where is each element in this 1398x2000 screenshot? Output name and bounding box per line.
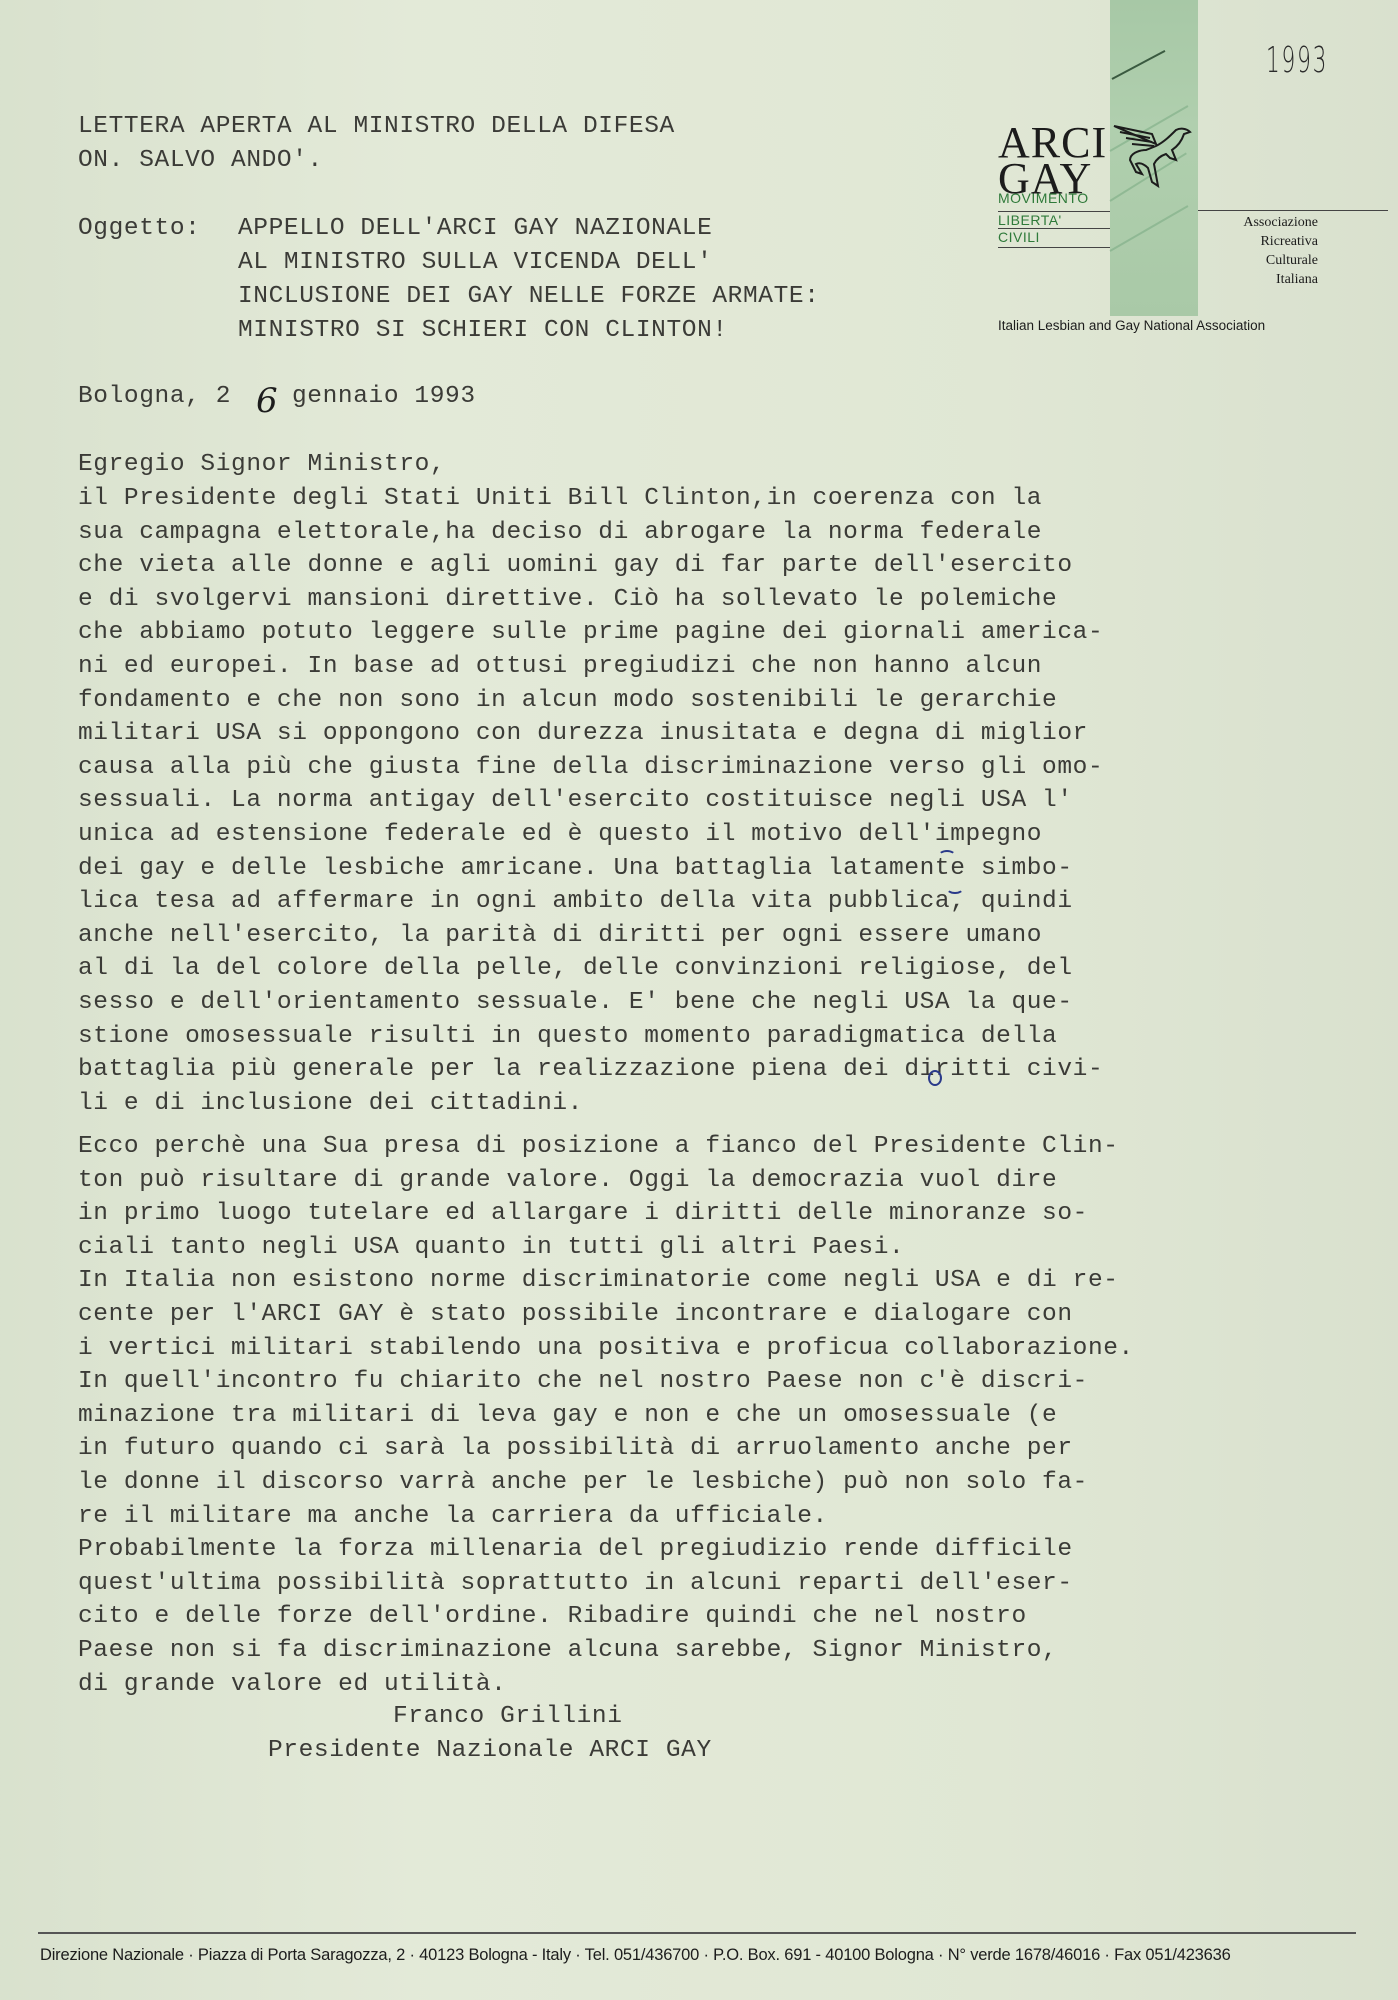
letter-line: ni ed europei. In base ad ottusi pregiud…: [78, 652, 1042, 682]
subject-line: INCLUSIONE DEI GAY NELLE FORZE ARMATE:: [238, 282, 820, 312]
letter-line: in primo luogo tutelare ed allargare i d…: [78, 1199, 1088, 1229]
letter-line: minazione tra militari di leva gay e non…: [78, 1401, 1057, 1431]
pegasus-logo-icon: [1112, 124, 1192, 192]
letter-line: che abbiamo potuto leggere sulle prime p…: [78, 618, 1103, 648]
letter-line: ton può risultare di grande valore. Oggi…: [78, 1166, 1057, 1196]
letter-line: il Presidente degli Stati Uniti Bill Cli…: [78, 484, 1042, 514]
letterhead-rule-right: [1198, 210, 1388, 211]
logo-rule: [998, 247, 1110, 248]
logo-sub-movimento: MOVIMENTO: [998, 190, 1089, 206]
letter-line: cito e delle forze dell'ordine. Ribadire…: [78, 1602, 1027, 1632]
association-line: Associazione: [1243, 213, 1318, 232]
letter-heading-line: ON. SALVO ANDO'.: [78, 146, 323, 176]
letter-line: Ecco perchè una Sua presa di posizione a…: [78, 1132, 1119, 1162]
letter-line: sesso e dell'orientamento sessuale. E' b…: [78, 988, 1073, 1018]
letter-line: di grande valore ed utilità.: [78, 1670, 506, 1700]
pen-correction-mark: [946, 882, 964, 894]
association-line: Culturale: [1243, 251, 1318, 270]
letter-line: sua campagna elettorale,ha deciso di abr…: [78, 518, 1042, 548]
subject-line: MINISTRO SI SCHIERI CON CLINTON!: [238, 316, 728, 346]
letter-line: i vertici militari stabilendo una positi…: [78, 1334, 1134, 1364]
date-suffix: gennaio 1993: [292, 382, 476, 412]
logo-sub-civili: CIVILI: [998, 229, 1040, 245]
letter-line: militari USA si oppongono con durezza in…: [78, 719, 1088, 749]
letter-line: Paese non si fa discriminazione alcuna s…: [78, 1636, 1057, 1666]
subject-line: APPELLO DELL'ARCI GAY NAZIONALE: [238, 214, 712, 244]
association-line: Ricreativa: [1243, 232, 1318, 251]
letter-line: lica tesa ad affermare in ogni ambito de…: [78, 887, 1073, 917]
letter-line: li e di inclusione dei cittadini.: [78, 1089, 583, 1119]
letter-line: causa alla più che giusta fine della dis…: [78, 753, 1103, 783]
letter-line: unica ad estensione federale ed è questo…: [78, 820, 1042, 850]
letter-line: e di svolgervi mansioni direttive. Ciò h…: [78, 585, 1057, 615]
pen-correction-mark: [928, 1070, 942, 1086]
footer-address: Direzione Nazionale · Piazza di Porta Sa…: [40, 1946, 1231, 1965]
letter-line: battaglia più generale per la realizzazi…: [78, 1055, 1103, 1085]
signature-title: Presidente Nazionale ARCI GAY: [268, 1736, 712, 1766]
signature-name: Franco Grillini: [393, 1702, 623, 1732]
logo-sub-liberta: LIBERTA': [998, 212, 1062, 228]
subject-line: AL MINISTRO SULLA VICENDA DELL': [238, 248, 712, 278]
subject-label: Oggetto:: [78, 214, 200, 244]
letter-line: in futuro quando ci sarà la possibilità …: [78, 1434, 1073, 1464]
letter-line: stione omosessuale risulti in questo mom…: [78, 1022, 1057, 1052]
letter-line: Probabilmente la forza millenaria del pr…: [78, 1535, 1073, 1565]
letter-line: anche nell'esercito, la parità di diritt…: [78, 921, 1042, 951]
letter-heading-line: LETTERA APERTA AL MINISTRO DELLA DIFESA: [78, 112, 675, 142]
handwritten-year: 1993: [1266, 40, 1328, 81]
footer-divider: [38, 1932, 1356, 1934]
letter-line: le donne il discorso varrà anche per le …: [78, 1468, 1088, 1498]
logo-wordmark: ARCI GAY: [998, 125, 1107, 197]
date-prefix: Bologna, 2: [78, 382, 231, 412]
letter-line: quest'ultima possibilità soprattutto in …: [78, 1569, 1073, 1599]
letter-line: sessuali. La norma antigay dell'esercito…: [78, 786, 1073, 816]
letter-line: fondamento e che non sono in alcun modo …: [78, 686, 1057, 716]
association-line: Italiana: [1243, 270, 1318, 289]
salutation: Egregio Signor Ministro,: [78, 450, 445, 480]
pen-correction-mark: [938, 850, 956, 862]
letter-line: re il militare ma anche la carriera da u…: [78, 1502, 828, 1532]
letter-line: In Italia non esistono norme discriminat…: [78, 1266, 1119, 1296]
letter-line: In quell'incontro fu chiarito che nel no…: [78, 1367, 1088, 1397]
letter-line: al di la del colore della pelle, delle c…: [78, 954, 1073, 984]
letter-line: cente per l'ARCI GAY è stato possibile i…: [78, 1300, 1073, 1330]
national-association-tagline: Italian Lesbian and Gay National Associa…: [998, 318, 1265, 333]
letter-line: che vieta alle donne e agli uomini gay d…: [78, 551, 1073, 581]
association-descriptor: Associazione Ricreativa Culturale Italia…: [1243, 213, 1318, 289]
letter-line: ciali tanto negli USA quanto in tutti gl…: [78, 1233, 904, 1263]
letter-line: dei gay e delle lesbiche amricane. Una b…: [78, 854, 1073, 884]
date-handwritten-correction: 6: [256, 381, 278, 421]
